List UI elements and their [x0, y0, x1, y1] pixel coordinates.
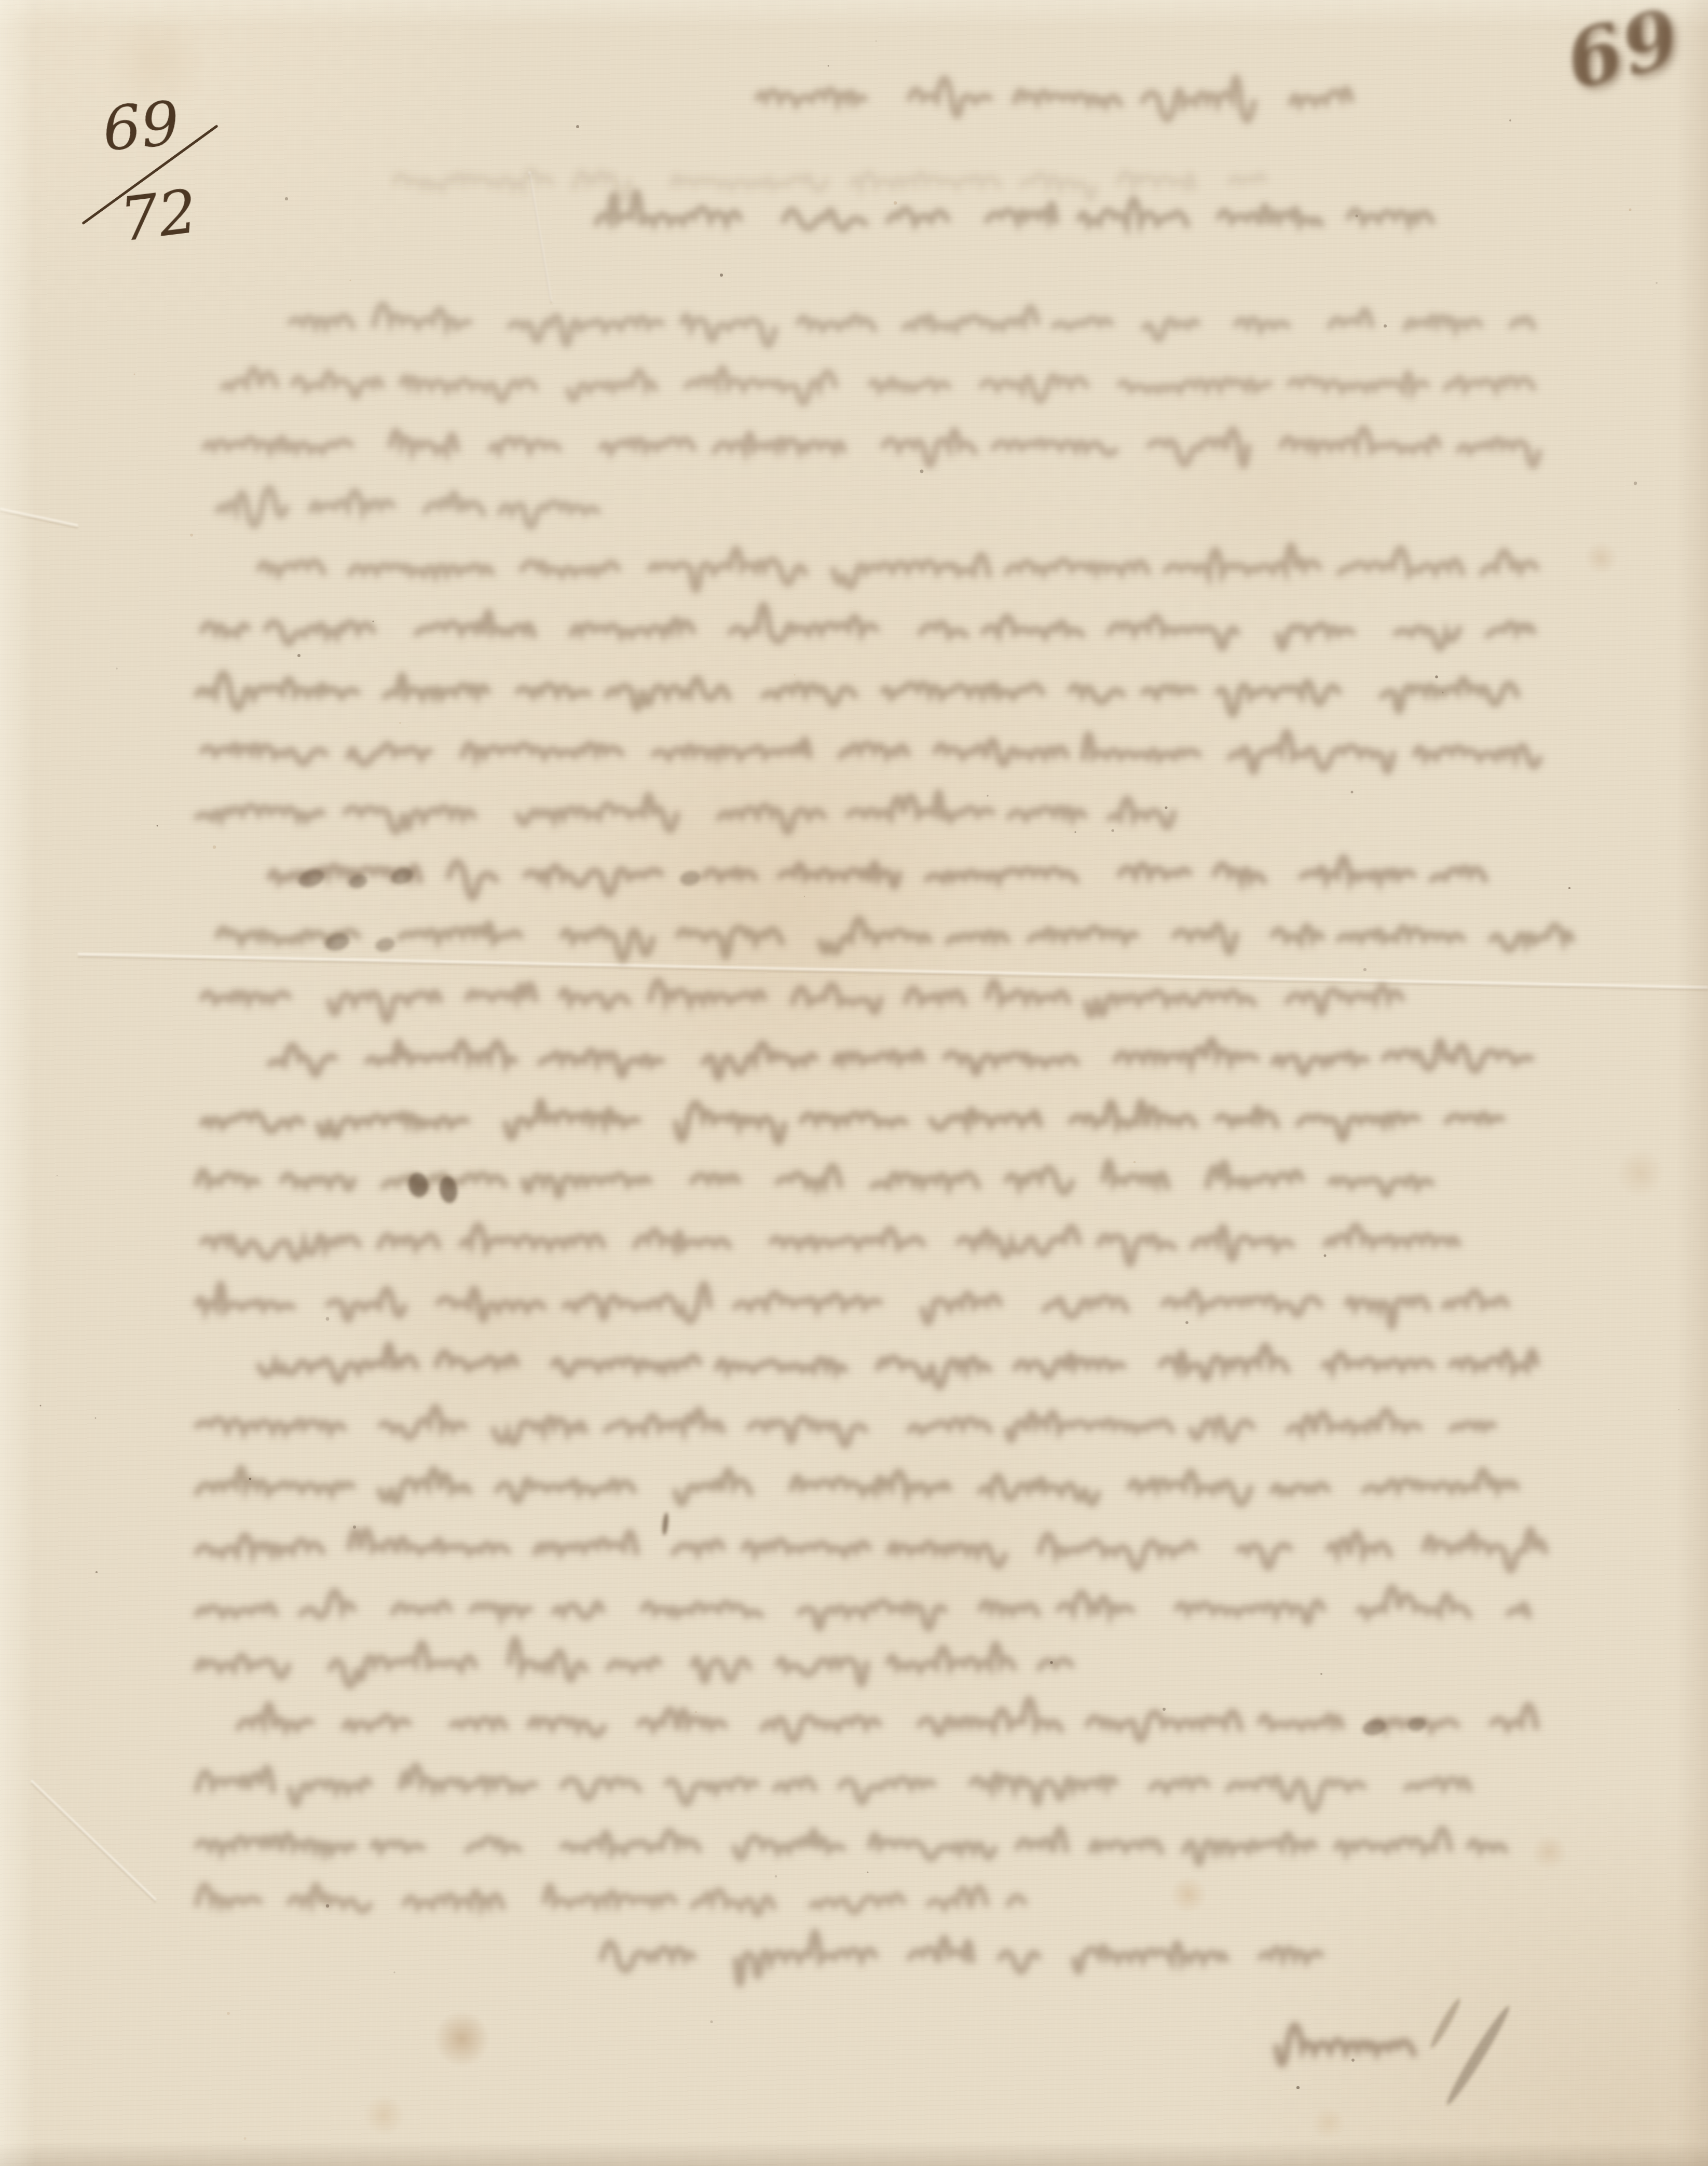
- letter-page: 69 69 72: [0, 0, 1708, 2166]
- scan-vignette: [0, 0, 1708, 2166]
